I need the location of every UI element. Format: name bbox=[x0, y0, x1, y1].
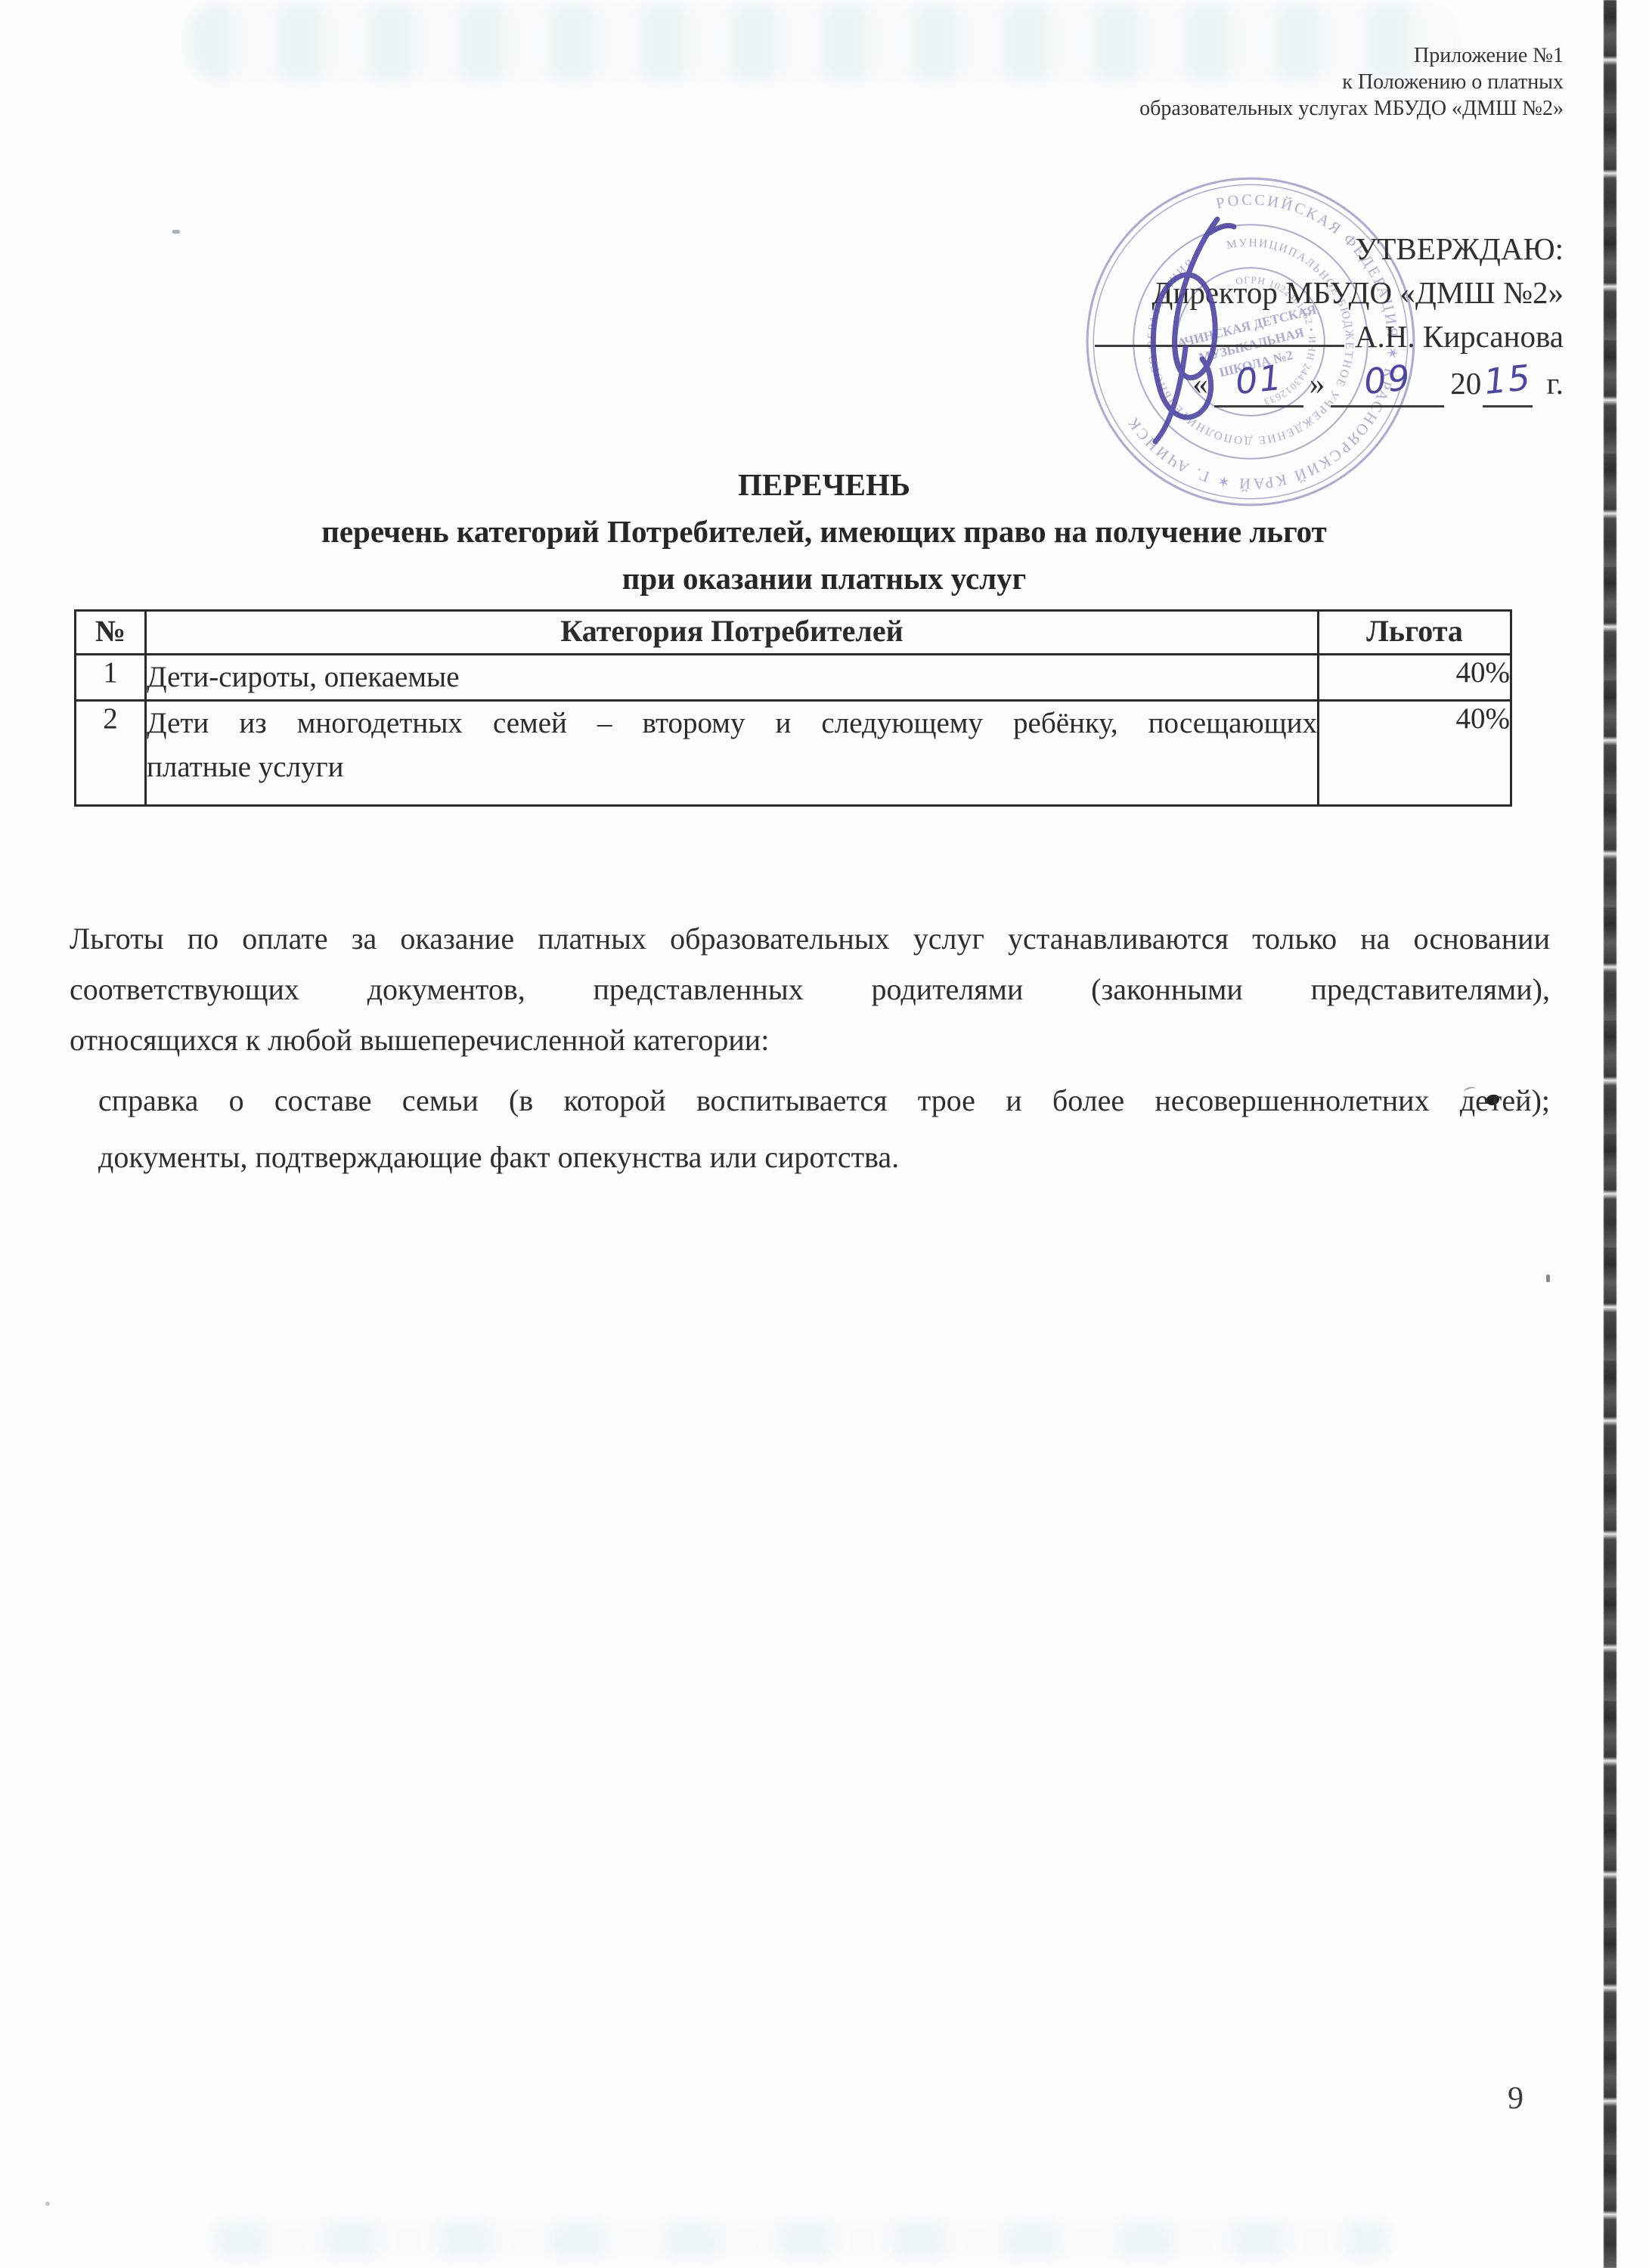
category-line: платные услуги bbox=[147, 745, 1317, 789]
row-benefit-cell: 40% bbox=[1319, 655, 1511, 701]
list-item: справка о составе семьи (в которой воспи… bbox=[70, 1072, 1550, 1129]
annex-note: Приложение №1 к Положению о платных обра… bbox=[1139, 42, 1564, 122]
handwritten-signature bbox=[1113, 210, 1302, 452]
document-title: ПЕРЕЧЕНЬ перечень категорий Потребителей… bbox=[72, 461, 1576, 602]
paragraph-line: соответствующих документов, представленн… bbox=[70, 964, 1550, 1015]
scan-speck bbox=[172, 230, 180, 234]
row-number-cell: 2 bbox=[76, 701, 146, 806]
table-row: 2 Дети из многодетных семей – второму и … bbox=[76, 701, 1511, 806]
handwritten-year: 15 bbox=[1482, 355, 1533, 404]
quote-close: » bbox=[1310, 366, 1325, 401]
scan-bleedthrough-bottom bbox=[212, 2221, 1391, 2257]
category-line: Дети из многодетных семей – второму и сл… bbox=[147, 702, 1317, 745]
benefits-table: № Категория Потребителей Льгота 1 Дети-с… bbox=[74, 609, 1512, 807]
table-header-row: № Категория Потребителей Льгота bbox=[76, 611, 1511, 655]
row-number-cell: 1 bbox=[76, 655, 146, 701]
handwritten-month: 09 bbox=[1362, 355, 1413, 404]
category-line: Дети-сироты, опекаемые bbox=[147, 655, 1317, 699]
paragraph-line: относящихся к любой вышеперечисленной ка… bbox=[70, 1015, 1550, 1065]
title-line-3: при оказании платных услуг bbox=[72, 555, 1576, 602]
annex-note-line: Приложение №1 bbox=[1139, 42, 1564, 69]
paragraph-line: Льготы по оплате за оказание платных обр… bbox=[70, 913, 1550, 964]
date-month-blank: 09 bbox=[1331, 360, 1444, 407]
scan-binding-edge bbox=[1604, 0, 1616, 2268]
date-year-blank: 15 bbox=[1483, 360, 1533, 407]
header-cell-number: № bbox=[76, 611, 146, 655]
annex-note-line: к Положению о платных bbox=[1139, 69, 1564, 95]
row-category-cell: Дети-сироты, опекаемые bbox=[146, 655, 1319, 701]
row-benefit-cell: 40% bbox=[1319, 701, 1511, 806]
header-cell-category: Категория Потребителей bbox=[146, 611, 1319, 655]
body-text: Льготы по оплате за оказание платных обр… bbox=[70, 913, 1550, 1185]
list-item: документы, подтверждающие факт опекунств… bbox=[70, 1129, 1550, 1185]
annex-note-line: образовательных услугах МБУДО «ДМШ №2» bbox=[1139, 95, 1564, 122]
signer-name: А.Н. Кирсанова bbox=[1355, 319, 1564, 354]
title-line-1: ПЕРЕЧЕНЬ bbox=[72, 461, 1576, 508]
scan-speck bbox=[1546, 1275, 1550, 1282]
table-row: 1 Дети-сироты, опекаемые 40% bbox=[76, 655, 1511, 701]
title-line-2: перечень категорий Потребителей, имеющих… bbox=[72, 508, 1576, 555]
header-cell-benefit: Льгота bbox=[1319, 611, 1511, 655]
document-list: справка о составе семьи (в которой воспи… bbox=[70, 1072, 1550, 1185]
year-prefix: 20 bbox=[1450, 366, 1481, 401]
row-category-cell: Дети из многодетных семей – второму и сл… bbox=[146, 701, 1319, 806]
page-number: 9 bbox=[1508, 2081, 1523, 2117]
scanned-document-page: Приложение №1 к Положению о платных обра… bbox=[0, 0, 1649, 2268]
scan-speck bbox=[45, 2201, 50, 2206]
year-unit: г. bbox=[1547, 366, 1564, 401]
